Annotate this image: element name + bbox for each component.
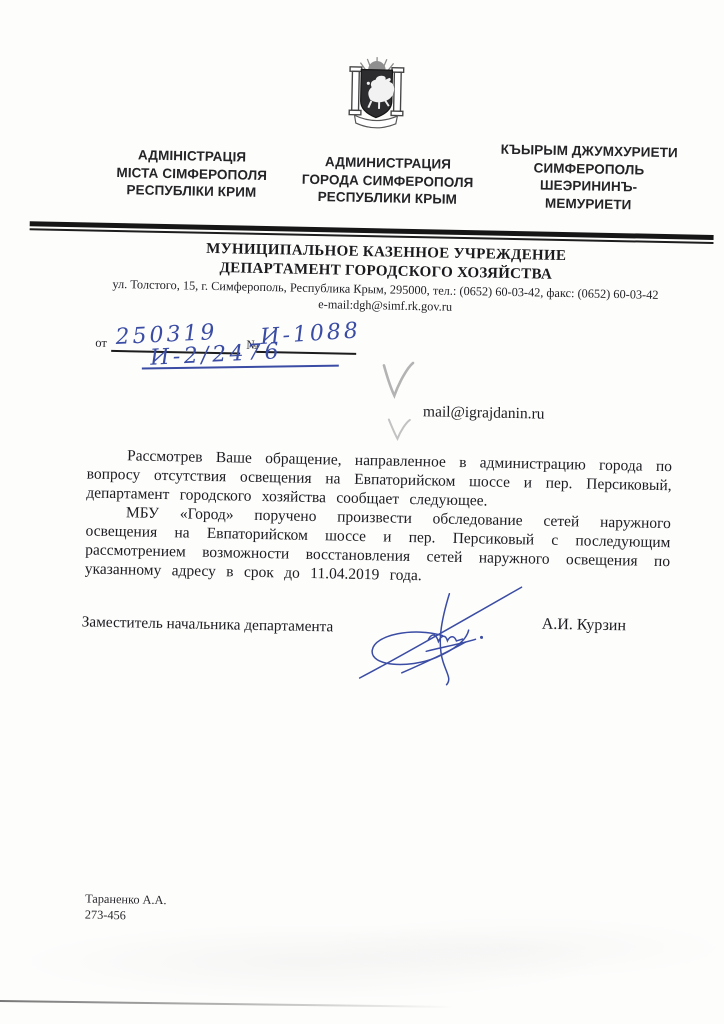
date-label: от xyxy=(95,336,107,351)
scanned-letter-page: АДМІНІСТРАЦІЯ МІСТА СІМФЕРОПОЛЯ РЕСПУБЛІ… xyxy=(0,0,724,1024)
check-mark-icon xyxy=(380,359,416,402)
letterhead-line: МЕМУРИЕТИ xyxy=(473,193,703,215)
signatory-name: А.И. Курзин xyxy=(542,616,627,636)
handwritten-signature xyxy=(343,576,535,692)
signatory-position: Заместитель начальника департамента xyxy=(82,613,334,636)
letterhead-russian: АДМИНИСТРАЦИЯ ГОРОДА СИМФЕРОПОЛЯ РЕСПУБЛ… xyxy=(272,152,503,209)
recipient-email: mail@igrajdanin.ru xyxy=(423,403,545,423)
letterhead-crimean-tatar: КЪЫРЫМ ДЖУМХУРИЕТИ СИМФЕРОПОЛЬ ШЕЭРИНИНЪ… xyxy=(473,140,704,215)
crimea-emblem-icon xyxy=(331,54,423,134)
letter-body: Рассмотрев Ваше обращение, направленное … xyxy=(85,445,673,590)
executor-block: Тараненко А.А. 273-456 xyxy=(85,891,167,925)
document-content: АДМІНІСТРАЦІЯ МІСТА СІМФЕРОПОЛЯ РЕСПУБЛІ… xyxy=(0,0,724,1024)
executor-name: Тараненко А.А. xyxy=(85,891,167,909)
check-mark-icon xyxy=(385,416,412,442)
executor-phone: 273-456 xyxy=(85,907,167,925)
